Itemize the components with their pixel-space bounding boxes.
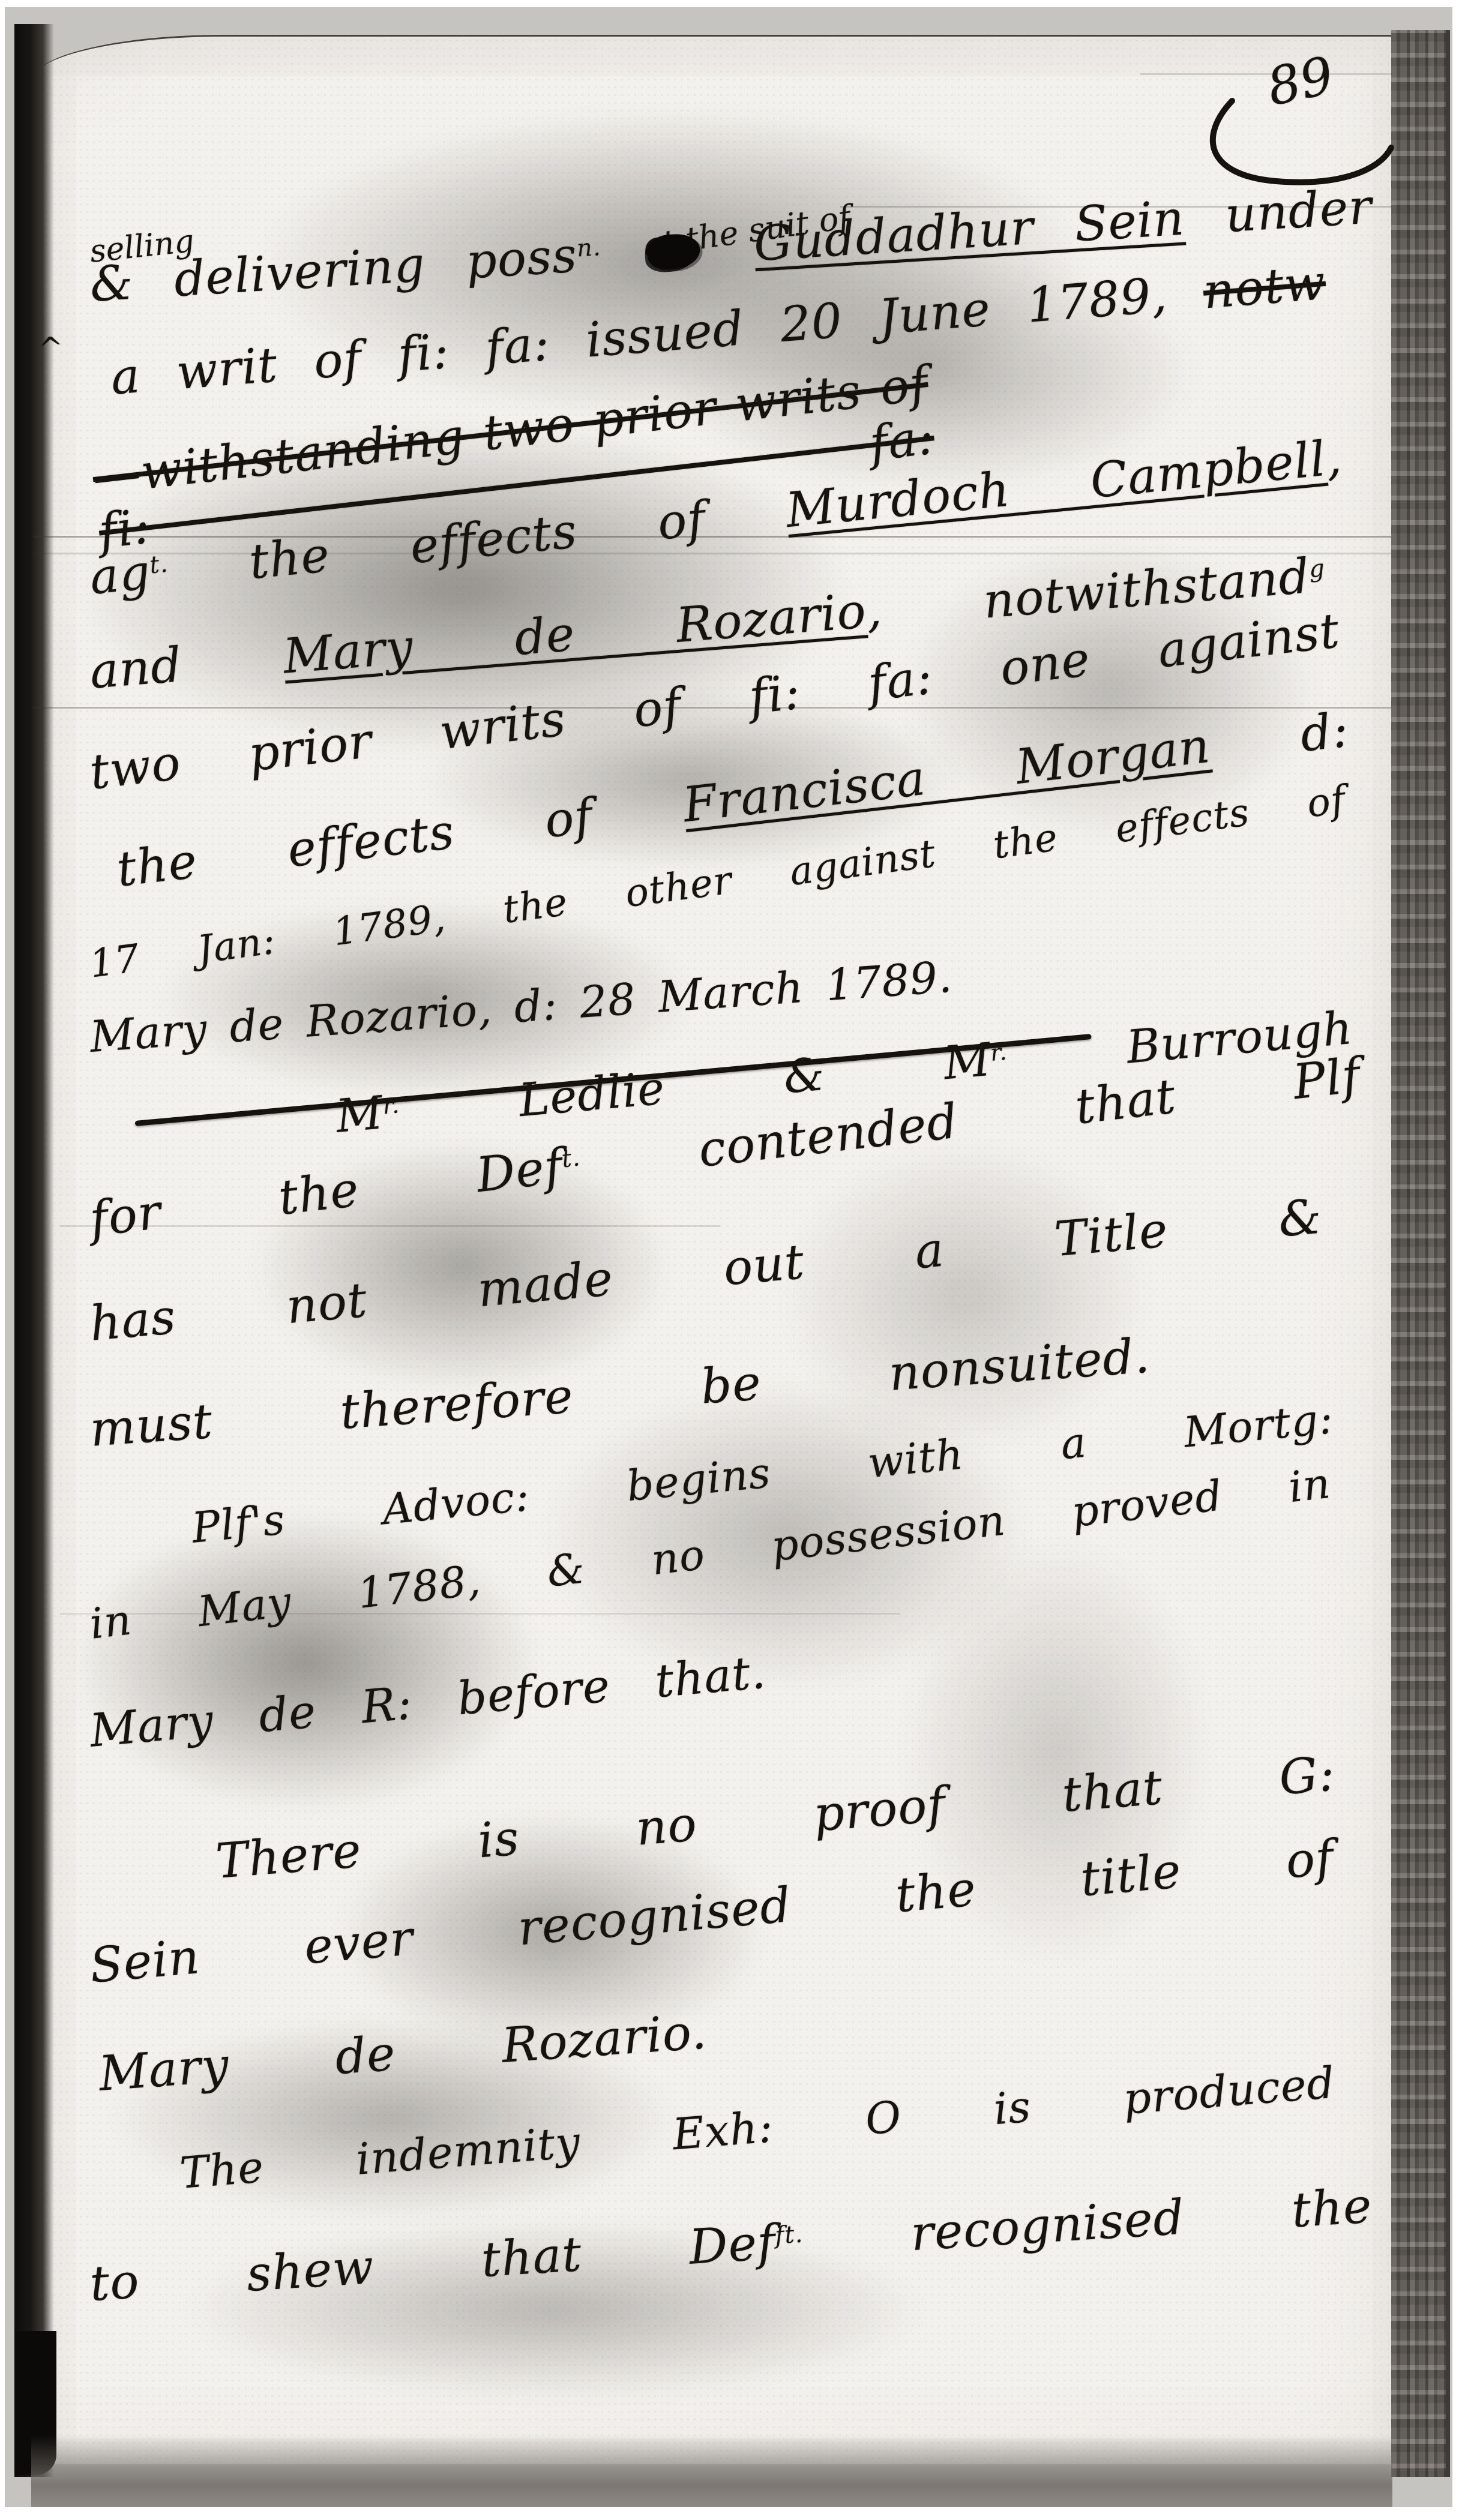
- scanned-manuscript-screenshot: { "page": { "number": "89" }, "colors": …: [0, 0, 1459, 2520]
- ink-blot: [646, 233, 701, 271]
- manuscript-segment: under: [1183, 178, 1374, 245]
- manuscript-segment: ft.: [774, 2221, 804, 2250]
- manuscript-segment: M: [334, 1085, 385, 1143]
- insertion-caret: ^: [37, 330, 65, 367]
- manuscript-segment: ag: [88, 544, 153, 605]
- manuscript-segment: t.: [148, 550, 169, 580]
- manuscript-segment: r.: [989, 1039, 1008, 1066]
- page-edge-strip: [1391, 30, 1450, 2477]
- manuscript-segment: [711, 216, 756, 274]
- manuscript-segment: [600, 223, 644, 281]
- book-gutter-shadow: [14, 24, 54, 2477]
- manuscript-segment: r.: [382, 1091, 401, 1119]
- page-bottom-shadow: [31, 2435, 1392, 2507]
- manuscript-segment: notw: [1201, 254, 1328, 320]
- manuscript-segment: g: [1308, 554, 1326, 583]
- manuscript-segment: n.: [576, 233, 602, 262]
